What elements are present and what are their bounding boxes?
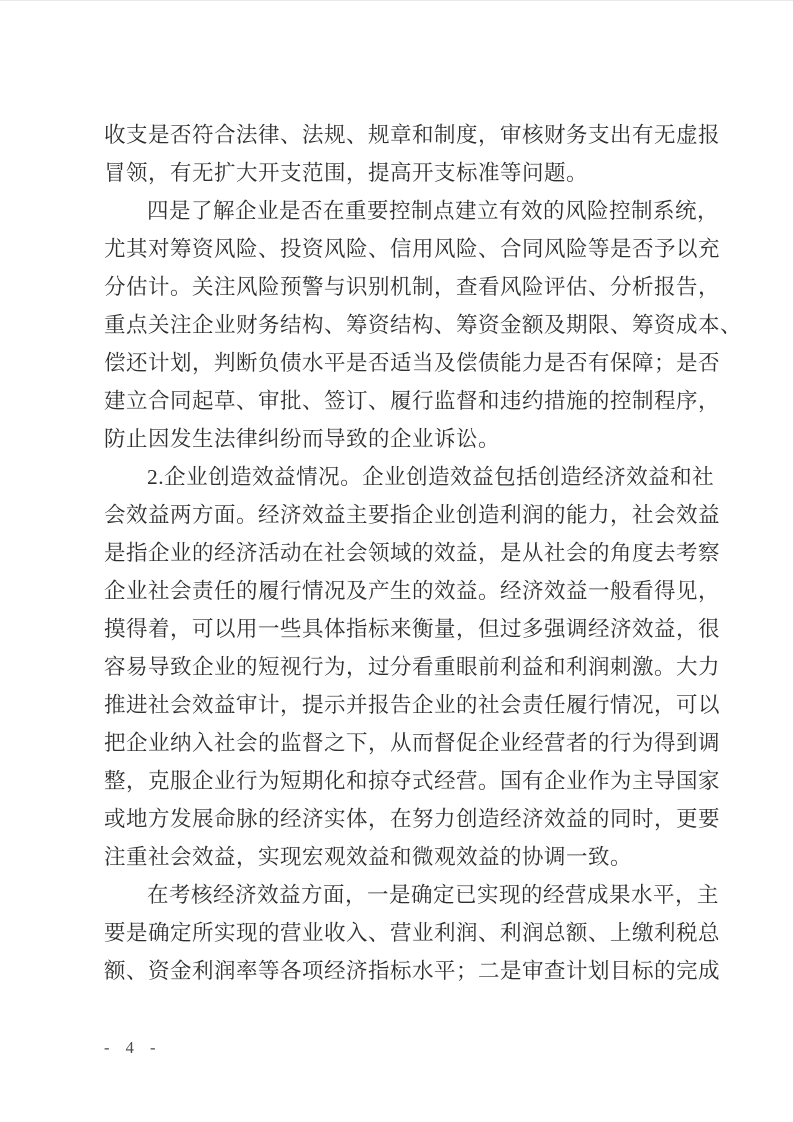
text-line: 2.企业创造效益情况。企业创造效益包括创造经济效益和社	[104, 458, 700, 496]
text-line: 分估计。关注风险预警与识别机制，查看风险评估、分析报告，	[104, 268, 700, 306]
text-line: 尤其对筹资风险、投资风险、信用风险、合同风险等是否予以充	[104, 230, 700, 268]
text-line: 或地方发展命脉的经济实体，在努力创造经济效益的同时，更要	[104, 800, 700, 838]
text-line: 摸得着，可以用一些具体指标来衡量，但过多强调经济效益，很	[104, 610, 700, 648]
page-number: - 4 -	[104, 1038, 162, 1058]
text-line: 四是了解企业是否在重要控制点建立有效的风险控制系统，	[104, 192, 700, 230]
text-line: 会效益两方面。经济效益主要指企业创造利润的能力，社会效益	[104, 496, 700, 534]
body-text-block: 收支是否符合法律、法规、规章和制度，审核财务支出有无虚报 冒领，有无扩大开支范围…	[104, 116, 700, 990]
text-line: 推进社会效益审计，提示并报告企业的社会责任履行情况，可以	[104, 686, 700, 724]
text-line: 偿还计划，判断负债水平是否适当及偿债能力是否有保障；是否	[104, 344, 700, 382]
text-line: 在考核经济效益方面，一是确定已实现的经营成果水平，主	[104, 876, 700, 914]
text-line: 额、资金利润率等各项经济指标水平；二是审查计划目标的完成	[104, 952, 700, 990]
text-line: 建立合同起草、审批、签订、履行监督和违约措施的控制程序，	[104, 382, 700, 420]
text-line: 防止因发生法律纠纷而导致的企业诉讼。	[104, 420, 700, 458]
text-line: 企业社会责任的履行情况及产生的效益。经济效益一般看得见，	[104, 572, 700, 610]
text-line: 把企业纳入社会的监督之下，从而督促企业经营者的行为得到调	[104, 724, 700, 762]
text-line: 是指企业的经济活动在社会领域的效益，是从社会的角度去考察	[104, 534, 700, 572]
text-line: 整，克服企业行为短期化和掠夺式经营。国有企业作为主导国家	[104, 762, 700, 800]
text-line: 收支是否符合法律、法规、规章和制度，审核财务支出有无虚报	[104, 116, 700, 154]
text-line: 冒领，有无扩大开支范围，提高开支标准等问题。	[104, 154, 700, 192]
text-line: 容易导致企业的短视行为，过分看重眼前利益和利润刺激。大力	[104, 648, 700, 686]
document-page: 收支是否符合法律、法规、规章和制度，审核财务支出有无虚报 冒领，有无扩大开支范围…	[0, 0, 793, 1122]
text-line: 注重社会效益，实现宏观效益和微观效益的协调一致。	[104, 838, 700, 876]
text-line: 要是确定所实现的营业收入、营业利润、利润总额、上缴利税总	[104, 914, 700, 952]
page-top-edge	[0, 0, 793, 1]
text-line: 重点关注企业财务结构、筹资结构、筹资金额及期限、筹资成本、	[104, 306, 700, 344]
